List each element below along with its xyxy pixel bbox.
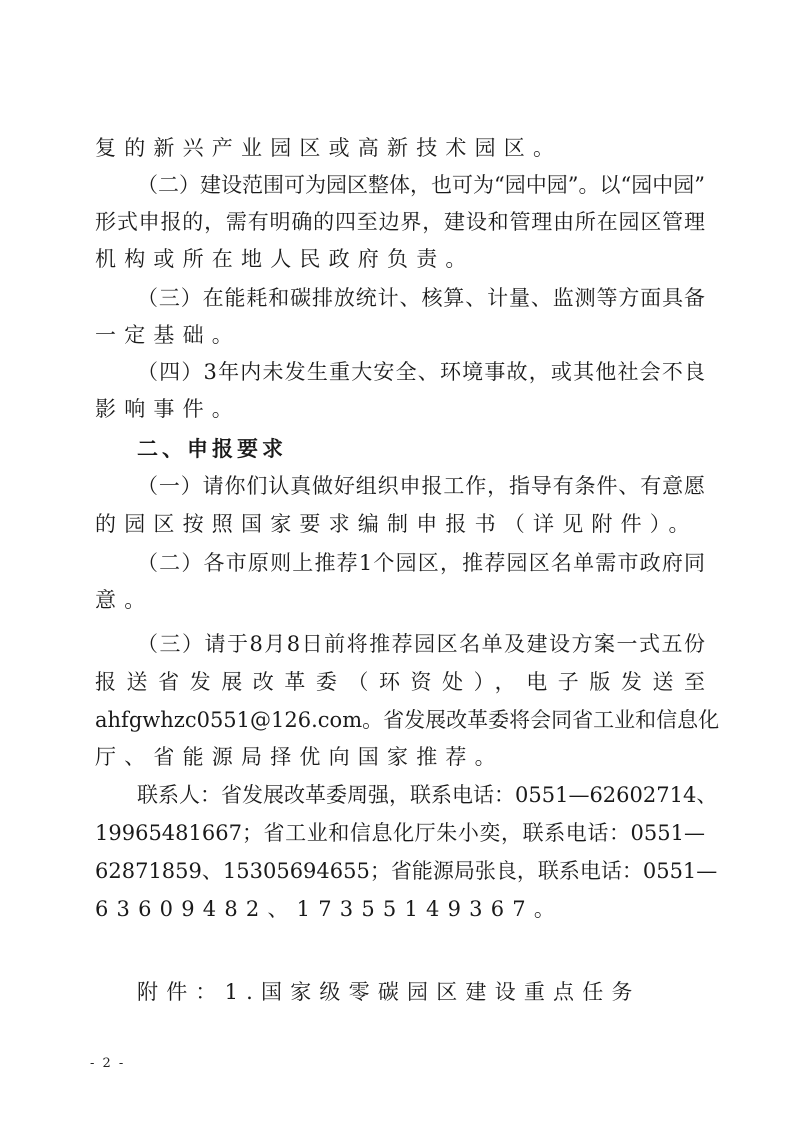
- document-page: 复的新兴产业园区或高新技术园区。（二）建设范围可为园区整体，也可为“园中园”。以…: [0, 0, 800, 1139]
- section-heading: 二、申报要求: [137, 435, 705, 463]
- text-line: 影响事件。: [95, 395, 705, 423]
- text-line: （二）各市原则上推荐1个园区，推荐园区名单需市政府同: [137, 549, 705, 577]
- text-line: （一）请你们认真做好组织申报工作，指导有条件、有意愿: [137, 472, 705, 500]
- text-line: 联系人：省发展改革委周强，联系电话：0551—62602714、: [137, 781, 705, 809]
- text-line: 一定基础。: [95, 321, 705, 349]
- text-line: 机构或所在地人民政府负责。: [95, 245, 705, 273]
- text-line: 厅、省能源局择优向国家推荐。: [95, 743, 705, 771]
- text-line: 报送省发展改革委（环资处），电子版发送至: [95, 668, 705, 696]
- text-line: 63609482、17355149367。: [95, 895, 705, 923]
- text-line: （三）在能耗和碳排放统计、核算、计量、监测等方面具备: [137, 284, 705, 312]
- text-line: （四）3年内未发生重大安全、环境事故，或其他社会不良: [137, 358, 705, 386]
- text-line: 复的新兴产业园区或高新技术园区。: [95, 134, 705, 162]
- attachment-line: 附件：1.国家级零碳园区建设重点任务: [137, 978, 705, 1006]
- text-line: 62871859、15305694655；省能源局张良，联系电话：0551—: [95, 857, 705, 885]
- text-line: ahfgwhzc0551@126.com。省发展改革委将会同省工业和信息化: [95, 706, 705, 734]
- text-line: 的园区按照国家要求编制申报书（详见附件）。: [95, 510, 705, 538]
- text-line: 形式申报的，需有明确的四至边界，建设和管理由所在园区管理: [95, 208, 705, 236]
- text-line: （二）建设范围可为园区整体，也可为“园中园”。以“园中园”: [137, 171, 705, 199]
- page-number: - 2 -: [90, 1056, 125, 1071]
- text-line: 19965481667；省工业和信息化厅朱小奕，联系电话：0551—: [95, 819, 705, 847]
- text-line: 意。: [95, 586, 705, 614]
- text-line: （三）请于8月8日前将推荐园区名单及建设方案一式五份: [137, 630, 705, 658]
